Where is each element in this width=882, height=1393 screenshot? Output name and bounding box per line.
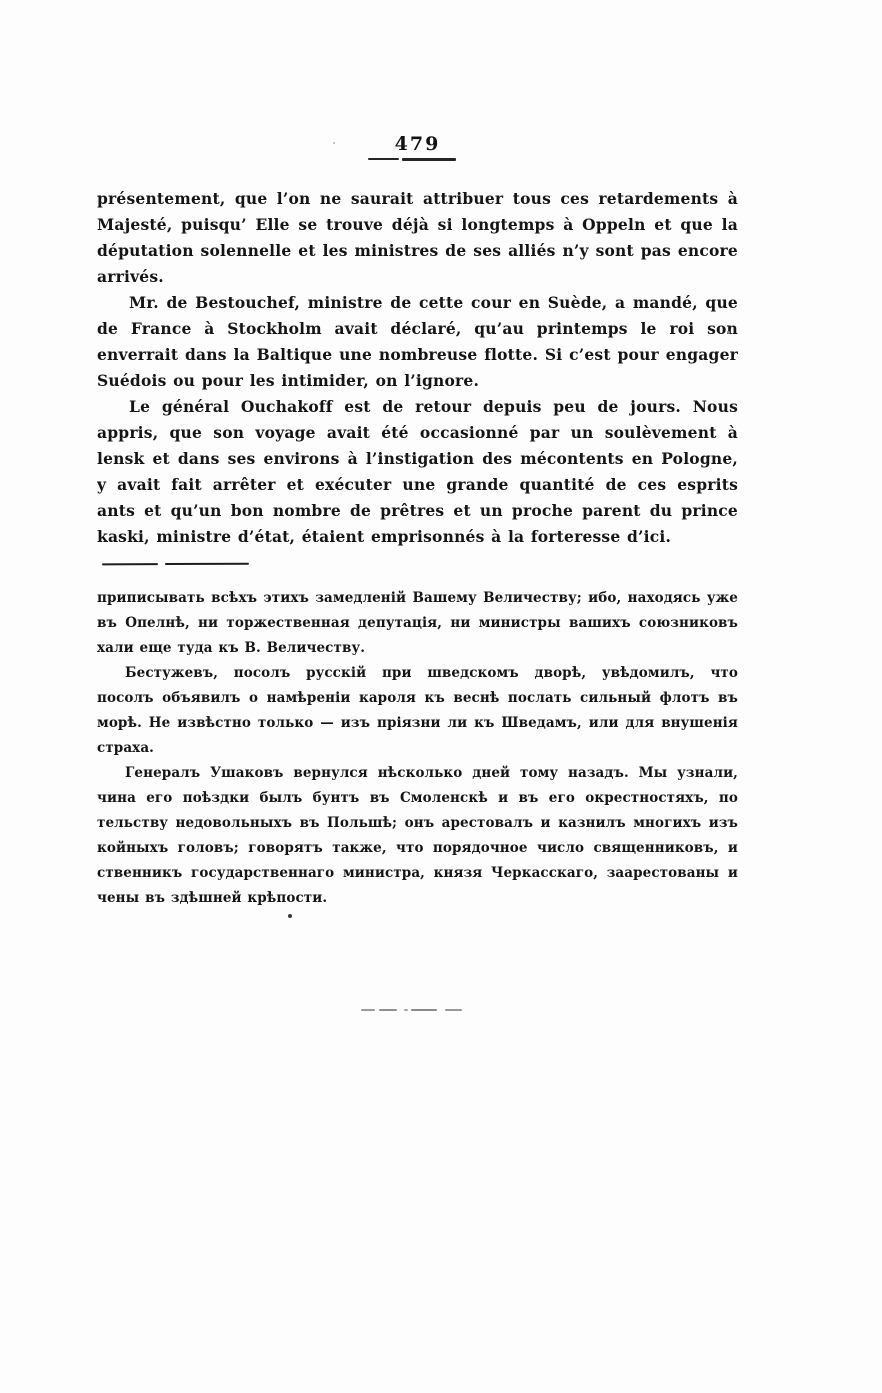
text-line: Le général Ouchakoff est de retour depui… (97, 394, 738, 420)
text-line: lensk et dans ses environs à l’instigati… (97, 446, 738, 472)
text-line: Majesté, puisqu’ Elle se trouve déjà si … (97, 212, 738, 238)
text-line: въ Опелнѣ, ни торжественная депутація, н… (97, 611, 738, 636)
text-line: приписывать всѣхъ этихъ замедленій Вашем… (97, 586, 738, 611)
text-line: чены въ здѣшней крѣпости. (97, 886, 738, 911)
text-line: présentement, que l’on ne saurait attrib… (97, 186, 738, 212)
rule-segment (102, 563, 158, 565)
paragraph: Бестужевъ, посолъ русскій при шведскомъ … (97, 661, 738, 761)
main-text-french: présentement, que l’on ne saurait attrib… (97, 186, 738, 550)
scanned-book-page: 479 présentement, que l’on ne saurait at… (0, 0, 882, 1393)
dash-segment (379, 1009, 397, 1011)
margin-speck-artifact (333, 142, 335, 144)
text-line: койныхъ головъ; говорятъ также, что поря… (97, 836, 738, 861)
text-line: тельству недовольныхъ въ Польшѣ; онъ аре… (97, 811, 738, 836)
footnote-separator-rule (102, 563, 252, 567)
paragraph: Генералъ Ушаковъ вернулся нѣсколько дней… (97, 761, 738, 911)
text-line: чина его поѣздки былъ бунтъ въ Смоленскѣ… (97, 786, 738, 811)
text-line: Mr. de Bestouchef, ministre de cette cou… (97, 290, 738, 316)
text-line: Suédois ou pour les intimider, on l’igno… (97, 368, 738, 394)
rule-segment (368, 158, 399, 160)
text-line: Бестужевъ, посолъ русскій при шведскомъ … (97, 661, 738, 686)
text-line: appris, que son voyage avait été occasio… (97, 420, 738, 446)
paragraph: Le général Ouchakoff est de retour depui… (97, 394, 738, 550)
paragraph: приписывать всѣхъ этихъ замедленій Вашем… (97, 586, 738, 661)
dash-segment (404, 1009, 408, 1011)
rule-segment (165, 563, 249, 565)
faint-dash-artifact (361, 1009, 462, 1011)
text-line: посолъ объявилъ о намѣреніи кароля къ ве… (97, 686, 738, 711)
margin-speck-artifact (727, 331, 730, 334)
dash-segment (445, 1009, 462, 1011)
text-line: kaski, ministre d’état, étaient emprison… (97, 524, 738, 550)
paragraph: Mr. de Bestouchef, ministre de cette cou… (97, 290, 738, 394)
footnote-text-russian: приписывать всѣхъ этихъ замедленій Вашем… (97, 586, 738, 911)
text-line: arrivés. (97, 264, 738, 290)
text-line: хали еще туда къ В. Величеству. (97, 636, 738, 661)
paragraph: présentement, que l’on ne saurait attrib… (97, 186, 738, 290)
page-number-rule (368, 158, 456, 161)
dash-segment (411, 1009, 437, 1011)
text-line: de France à Stockholm avait déclaré, qu’… (97, 316, 738, 342)
ink-dot-artifact (288, 914, 292, 918)
dash-segment (361, 1009, 375, 1011)
text-line: y avait fait arrêter et exécuter une gra… (97, 472, 738, 498)
text-line: Генералъ Ушаковъ вернулся нѣсколько дней… (97, 761, 738, 786)
page-number: 479 (395, 133, 441, 155)
text-line: ants et qu’un bon nombre de prêtres et u… (97, 498, 738, 524)
text-line: морѣ. Не извѣстно только — изъ пріязни л… (97, 711, 738, 736)
text-line: enverrait dans la Baltique une nombreuse… (97, 342, 738, 368)
text-line: députation solennelle et les ministres d… (97, 238, 738, 264)
text-line: ственникъ государственнаго министра, кня… (97, 861, 738, 886)
text-line: страха. (97, 736, 738, 761)
rule-segment (402, 158, 456, 161)
page-header: 479 (97, 133, 738, 155)
